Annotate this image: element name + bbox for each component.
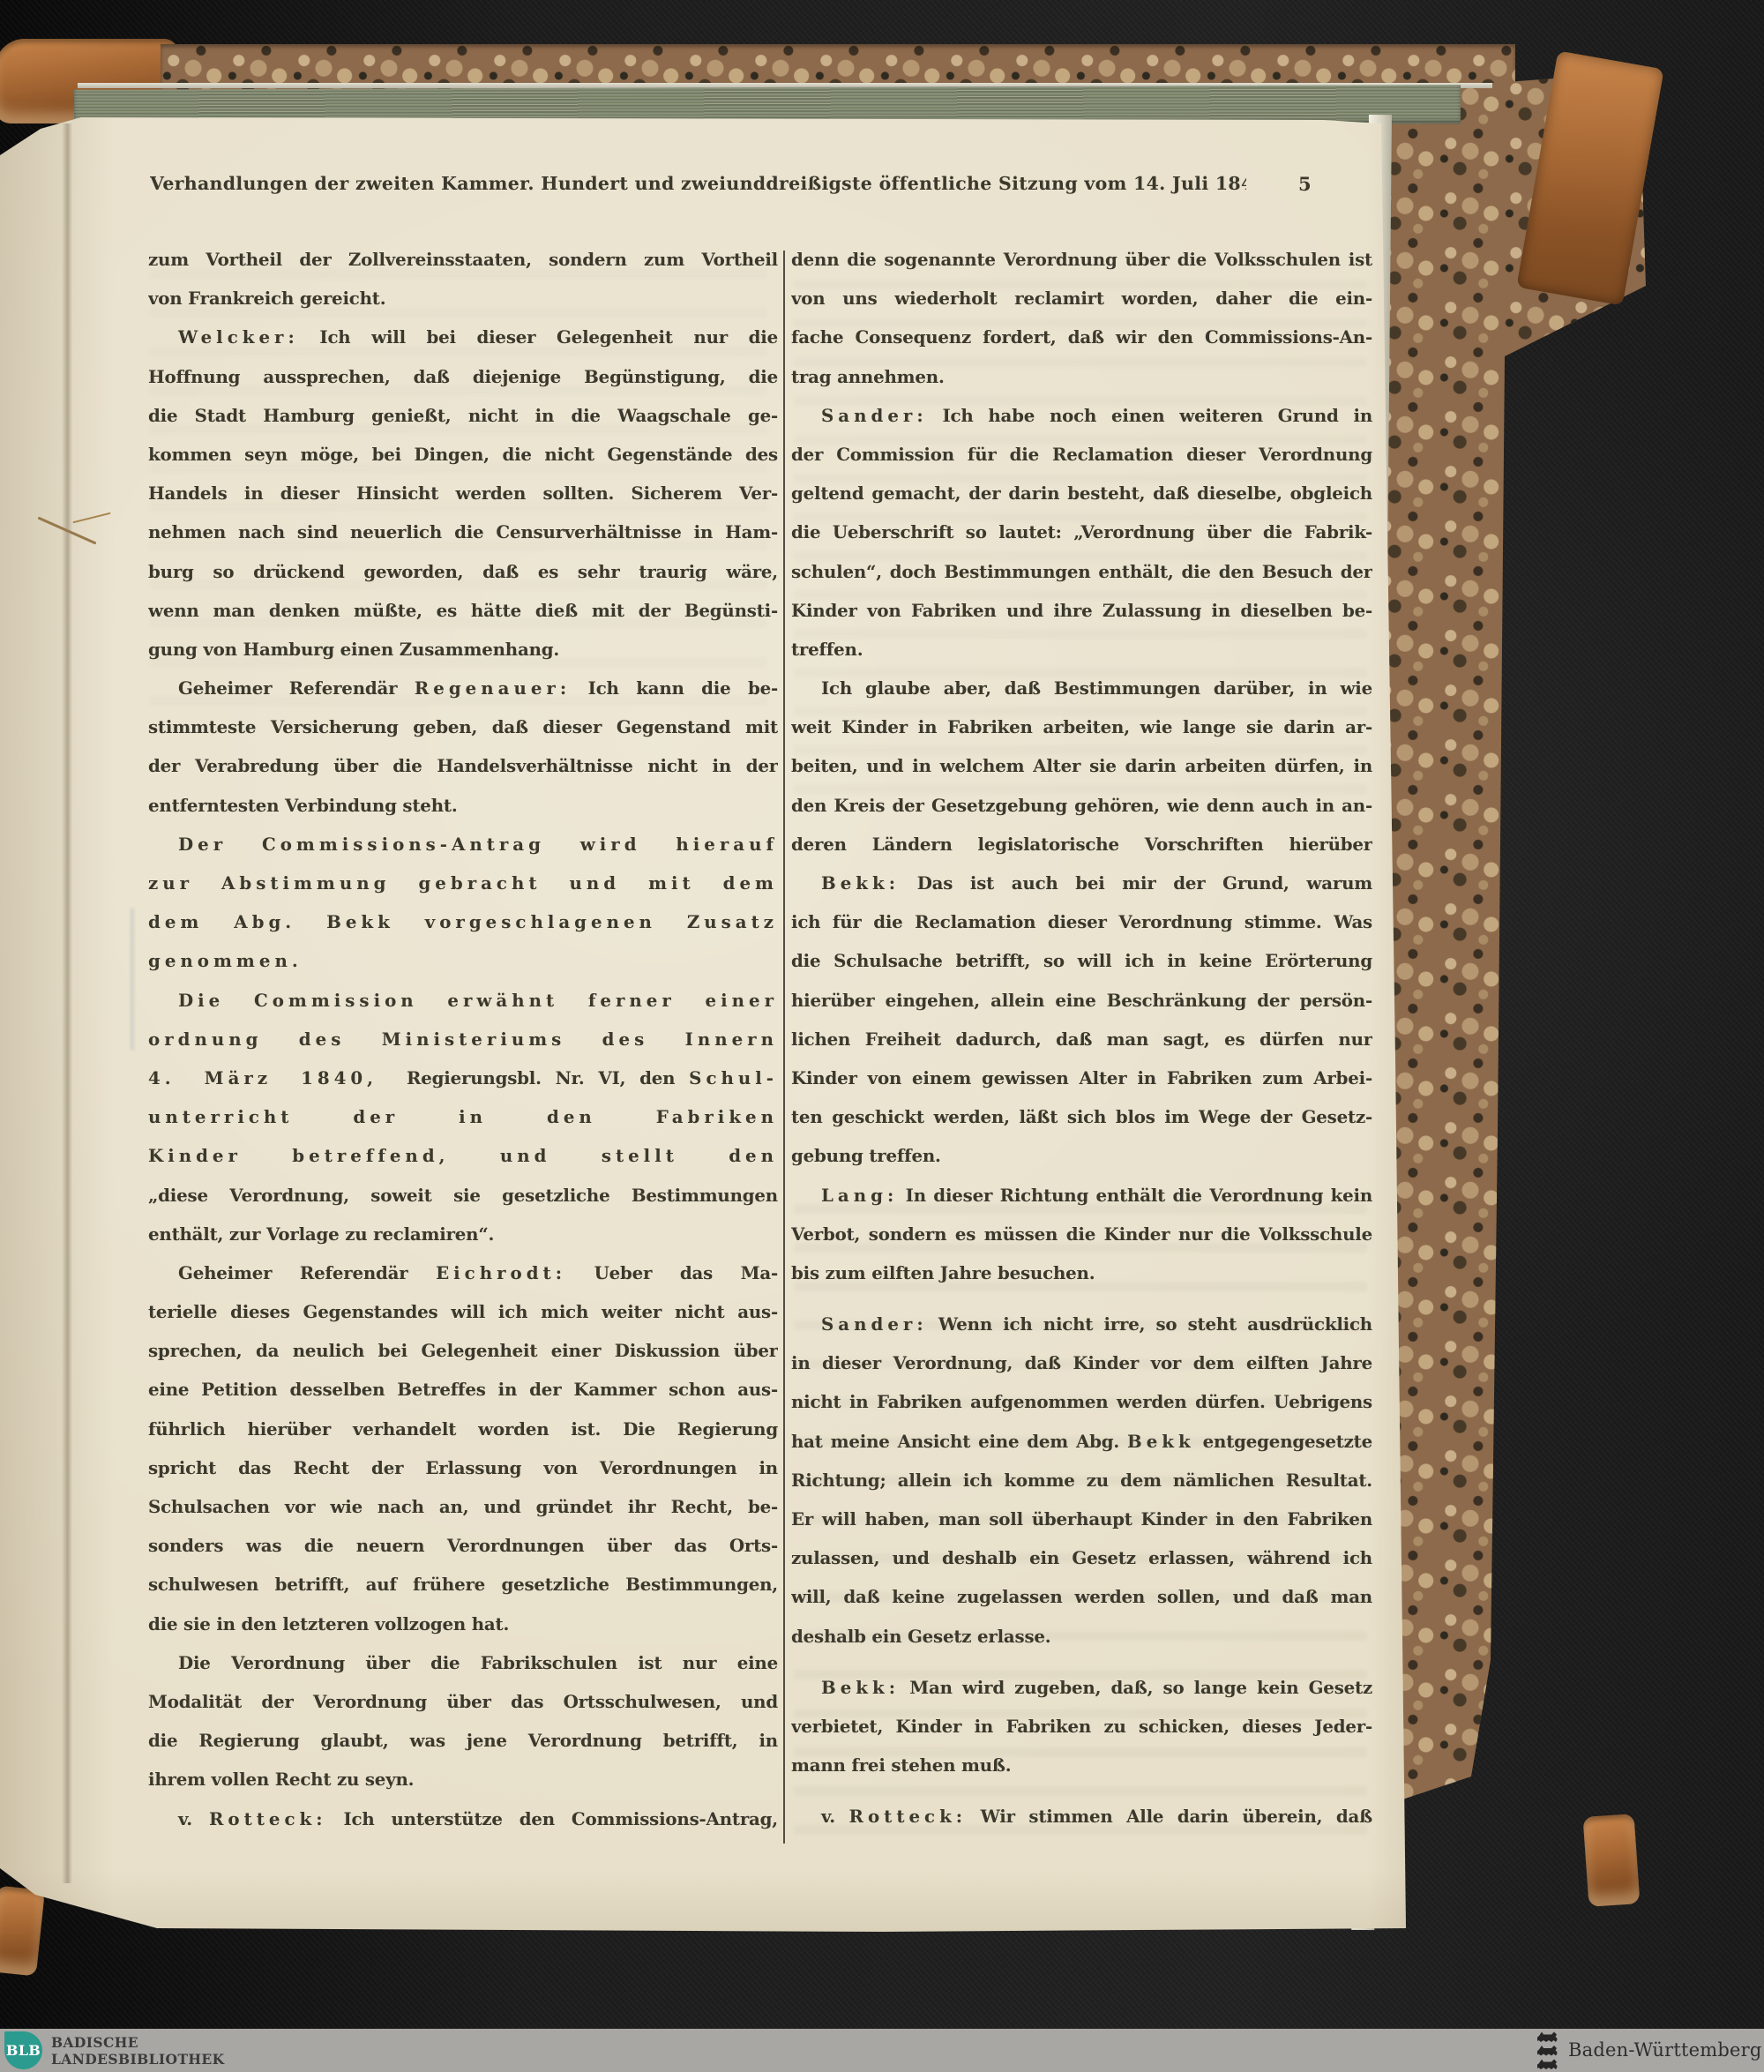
text-line: v. Rotteck: Wir stimmen Alle darin übere… bbox=[791, 1797, 1372, 1836]
text-line: trag annehmen. bbox=[791, 357, 1372, 396]
leather-corner-bottom-left bbox=[0, 1885, 45, 1976]
text-line: Handels in dieser Hinsicht werden sollte… bbox=[148, 474, 778, 512]
text-line: gebung treffen. bbox=[791, 1136, 1372, 1175]
text-column-left: zum Vortheil der Zollvereinsstaaten, son… bbox=[148, 240, 778, 1838]
text-line: geltend gemacht, der darin besteht, daß … bbox=[791, 474, 1372, 512]
text-line: Lang: In dieser Richtung enthält die Ver… bbox=[791, 1176, 1372, 1215]
library-name-line2: LANDESBIBLIOTHEK bbox=[51, 2051, 225, 2068]
text-line: lichen Freiheit dadurch, daß man sagt, e… bbox=[791, 1020, 1372, 1058]
leather-corner-bottom-right bbox=[1583, 1814, 1641, 1907]
text-line: die Stadt Hamburg genießt, nicht in die … bbox=[148, 396, 778, 435]
text-line: zum Vortheil der Zollvereinsstaaten, son… bbox=[148, 240, 778, 279]
text-line: zulassen, und deshalb ein Gesetz erlasse… bbox=[791, 1538, 1372, 1577]
text-line: fache Consequenz fordert, daß wir den Co… bbox=[791, 318, 1372, 356]
text-line: sprechen, da neulich bei Gelegenheit ein… bbox=[148, 1331, 778, 1370]
text-line: Kinder von einem gewissen Alter in Fabri… bbox=[791, 1058, 1372, 1097]
text-line: deren Ländern legislatorische Vorschrift… bbox=[791, 825, 1372, 864]
text-line: Bekk: Man wird zugeben, daß, so lange ke… bbox=[791, 1668, 1372, 1707]
text-line: genommen. bbox=[148, 941, 778, 980]
blb-logo-icon: BLB bbox=[4, 2031, 42, 2069]
text-line: eine Petition desselben Betreffes in der… bbox=[148, 1370, 778, 1409]
text-line: Modalität der Verordnung über das Ortssc… bbox=[148, 1682, 778, 1721]
text-line: deshalb ein Gesetz erlasse. bbox=[791, 1617, 1372, 1656]
library-branding-bar bbox=[0, 2029, 1764, 2072]
text-line: dem Abg. Bekk vorgeschlagenen Zusatz ang… bbox=[148, 902, 778, 941]
text-line: Die Verordnung über die Fabrikschulen is… bbox=[148, 1643, 778, 1682]
baden-wuerttemberg-three-lions-icon bbox=[1535, 2031, 1559, 2070]
text-line: Welcker: Ich will bei dieser Gelegenheit… bbox=[148, 318, 778, 356]
text-line: Kinder von Fabriken und ihre Zulassung i… bbox=[791, 591, 1372, 630]
text-line: verbietet, Kinder in Fabriken zu schicke… bbox=[791, 1707, 1372, 1746]
text-line: Hoffnung aussprechen, daß diejenige Begü… bbox=[148, 357, 778, 396]
text-line: mann frei stehen muß. bbox=[791, 1746, 1372, 1784]
text-line: Kinder betreffend, und stellt den Antrag… bbox=[148, 1136, 778, 1175]
text-line: schulen“, doch Bestimmungen enthält, die… bbox=[791, 552, 1372, 591]
text-line: will, daß keine zugelassen werden sollen… bbox=[791, 1577, 1372, 1616]
text-line: Er will haben, man soll überhaupt Kinder… bbox=[791, 1500, 1372, 1538]
text-line: hat meine Ansicht eine dem Abg. Bekk ent… bbox=[791, 1422, 1372, 1461]
page-gutter-crease bbox=[62, 123, 72, 1883]
text-line: Geheimer Referendär Regenauer: Ich kann … bbox=[148, 669, 778, 707]
text-line: 4. März 1840, Regierungsbl. Nr. VI, den … bbox=[148, 1058, 778, 1097]
text-line: kommen seyn möge, bei Dingen, die nicht … bbox=[148, 435, 778, 474]
text-line: ihrem vollen Recht zu seyn. bbox=[148, 1760, 778, 1799]
text-line: ordnung des Ministeriums des Innern vom bbox=[148, 1020, 778, 1058]
text-line: weit Kinder in Fabriken arbeiten, wie la… bbox=[791, 707, 1372, 746]
scanned-book-photograph: Verhandlungen der zweiten Kammer. Hunder… bbox=[0, 0, 1764, 2072]
text-line: Bekk: Das ist auch bei mir der Grund, wa… bbox=[791, 864, 1372, 902]
text-line: denn die sogenannte Verordnung über die … bbox=[791, 240, 1372, 279]
text-line: Geheimer Referendär Eichrodt: Ueber das … bbox=[148, 1253, 778, 1292]
text-line: Sander: Ich habe noch einen weiteren Gru… bbox=[791, 396, 1372, 435]
text-line: entferntesten Verbindung steht. bbox=[148, 786, 778, 825]
text-line: Verbot, sondern es müssen die Kinder nur… bbox=[791, 1215, 1372, 1253]
text-line: der Verabredung über die Handelsverhältn… bbox=[148, 746, 778, 785]
text-line: Ich glaube aber, daß Bestimmungen darübe… bbox=[791, 669, 1372, 707]
text-line: führlich hierüber verhandelt worden ist.… bbox=[148, 1410, 778, 1448]
library-name: BADISCHE LANDESBIBLIOTHEK bbox=[51, 2034, 225, 2068]
column-divider-rule bbox=[783, 251, 785, 1844]
text-line: der Commission für die Reclamation diese… bbox=[791, 435, 1372, 474]
text-line: unterricht der in den Fabriken beschäfti… bbox=[148, 1097, 778, 1136]
book-page: Verhandlungen der zweiten Kammer. Hunder… bbox=[0, 0, 1429, 1949]
blb-logo-abbr: BLB bbox=[6, 2042, 41, 2059]
text-line: schulwesen betrifft, auf frühere gesetzl… bbox=[148, 1565, 778, 1604]
text-line: bis zum eilften Jahre besuchen. bbox=[791, 1253, 1372, 1292]
text-line: nicht in Fabriken aufgenommen werden dür… bbox=[791, 1382, 1372, 1421]
text-line: ich für die Reclamation dieser Verordnun… bbox=[791, 902, 1372, 941]
text-line: Der Commissions-Antrag wird hierauf bbox=[148, 825, 778, 864]
text-line: von Frankreich gereicht. bbox=[148, 279, 778, 318]
text-line: den Kreis der Gesetzgebung gehören, wie … bbox=[791, 786, 1372, 825]
paper-fiber-artifact bbox=[72, 512, 110, 524]
text-line: Schulsachen vor wie nach an, und gründet… bbox=[148, 1487, 778, 1526]
text-line: treffen. bbox=[791, 630, 1372, 669]
text-line: Die Commission erwähnt ferner einer Ver- bbox=[148, 981, 778, 1020]
text-line: stimmteste Versicherung geben, daß diese… bbox=[148, 707, 778, 746]
library-name-line1: BADISCHE bbox=[51, 2034, 225, 2051]
text-line: v. Rotteck: Ich unterstütze den Commissi… bbox=[148, 1799, 778, 1838]
text-line: von uns wiederholt reclamirt worden, dah… bbox=[791, 279, 1372, 318]
text-line: sonders was die neuern Verordnungen über… bbox=[148, 1526, 778, 1565]
text-line: Richtung; allein ich komme zu dem nämlic… bbox=[791, 1461, 1372, 1500]
text-line: „diese Verordnung, soweit sie gesetzlich… bbox=[148, 1176, 778, 1215]
text-column-right: denn die sogenannte Verordnung über die … bbox=[791, 240, 1372, 1836]
text-line: gung von Hamburg einen Zusammenhang. bbox=[148, 630, 778, 669]
text-line: die Ueberschrift so lautet: „Verordnung … bbox=[791, 512, 1372, 551]
text-line: nehmen nach sind neuerlich die Censurver… bbox=[148, 512, 778, 551]
text-line: spricht das Recht der Erlassung von Vero… bbox=[148, 1448, 778, 1487]
text-line: die Regierung glaubt, was jene Verordnun… bbox=[148, 1721, 778, 1760]
faint-ink-mark bbox=[131, 909, 134, 1050]
page-number: 5 bbox=[1298, 173, 1312, 195]
text-line: zur Abstimmung gebracht und mit dem von bbox=[148, 864, 778, 902]
text-line: hierüber eingehen, allein eine Beschränk… bbox=[791, 981, 1372, 1020]
text-line: enthält, zur Vorlage zu reclamiren“. bbox=[148, 1215, 778, 1253]
text-line: wenn man denken müßte, es hätte dieß mit… bbox=[148, 591, 778, 630]
text-line: Sander: Wenn ich nicht irre, so steht au… bbox=[791, 1305, 1372, 1343]
text-line: beiten, und in welchem Alter sie darin a… bbox=[791, 746, 1372, 785]
text-line: burg so drückend geworden, daß es sehr t… bbox=[148, 552, 778, 591]
text-line: terielle dieses Gegenstandes will ich mi… bbox=[148, 1292, 778, 1331]
state-name: Baden-Württemberg bbox=[1568, 2039, 1762, 2061]
text-line: die sie in den letzteren vollzogen hat. bbox=[148, 1604, 778, 1643]
marbled-board-right-edge bbox=[1372, 72, 1648, 1847]
page-header-running-title: Verhandlungen der zweiten Kammer. Hunder… bbox=[150, 173, 1246, 194]
text-line: die Schulsache betrifft, so will ich in … bbox=[791, 941, 1372, 980]
text-line: in dieser Verordnung, daß Kinder vor dem… bbox=[791, 1343, 1372, 1382]
text-line: ten geschickt werden, läßt sich blos im … bbox=[791, 1097, 1372, 1136]
